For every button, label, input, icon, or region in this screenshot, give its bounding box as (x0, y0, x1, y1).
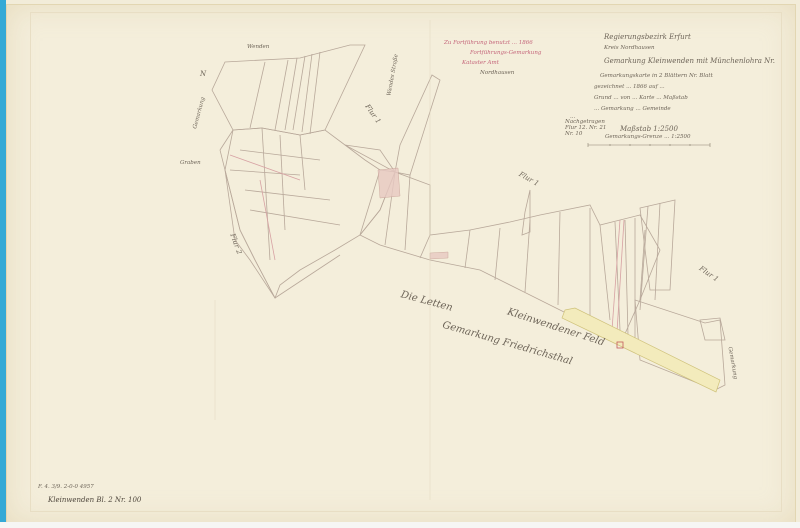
building-block (378, 168, 400, 198)
title-line-7: ... Gemarkung ... Gemeinde (594, 106, 671, 112)
title-line-1: Regierungsbezirk Erfurt (604, 33, 691, 41)
building-small (430, 252, 448, 259)
red-note-3: Kataster Amt (462, 60, 499, 66)
parcel-narrow-strip (522, 190, 530, 235)
title-line-4: Gemarkungskarte in 2 Blättern Nr. Blatt (600, 73, 713, 79)
title-line-3: Gemarkung Kleinwenden mit Münchenlohra N… (604, 57, 775, 65)
parcel-map (0, 0, 800, 528)
north-arrow-label: N (200, 70, 206, 78)
red-note-4: Nordhausen (480, 70, 514, 76)
parcel-nw-field (212, 45, 365, 135)
road-strip-yellow (562, 308, 720, 392)
label-wenden: Wenden (247, 44, 269, 50)
stamp-line-4: Nr. 10 (565, 131, 582, 137)
parcel-north-strip (395, 75, 440, 175)
red-note-2: Fortführungs-Gemarkung (470, 50, 541, 56)
sheet-label: Kleinwenden Bl. 2 Nr. 100 (48, 496, 141, 504)
catalog-number: F. 4. 3/9. 2-0-0 4957 (38, 484, 94, 490)
title-line-2: Kreis Nordhausen (604, 45, 655, 51)
parcel-village (225, 128, 395, 298)
scale-label: Maßstab 1:2500 (620, 125, 678, 133)
title-line-6: Grund ... von ... Karte ... Maßstab (594, 95, 688, 101)
title-line-5: gezeichnet ... 1866 auf ... (594, 84, 665, 90)
scale-sub-label: Gemarkungs-Grenze ... 1:2500 (605, 134, 690, 140)
label-graben: Graben (180, 160, 201, 166)
red-note-1: Zu Fortführung benutzt ... 1866 (444, 40, 533, 46)
